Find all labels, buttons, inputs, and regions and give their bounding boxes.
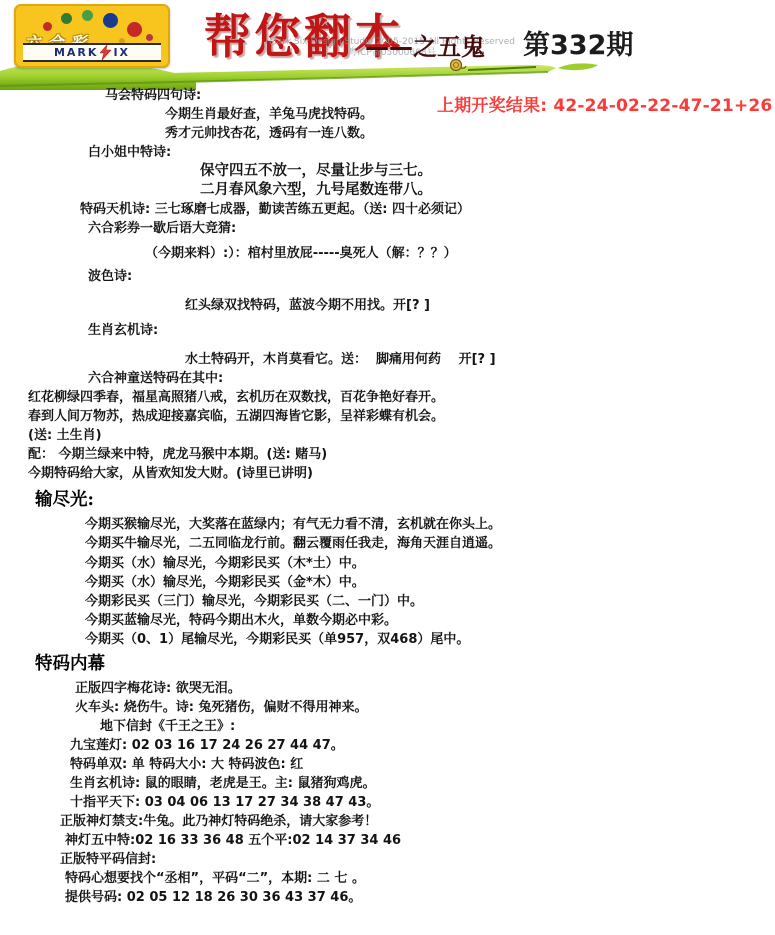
text-line: 火车头: 烧伤牛。诗: 兔死猪伤，偏财不得用神来。 (75, 698, 775, 717)
lottery-tip-sheet: 六合彩 MARK IX 帮您翻本 Mark Six Design Studio … (0, 0, 775, 935)
text-line: 神灯五中特:02 16 33 36 48 五个平:02 14 37 34 46 (65, 831, 775, 850)
text-line: 今期买（水）输尽光，今期彩民买（金*木）中。 (85, 573, 775, 592)
text-line: 正版四字梅花诗: 欲哭无泪。 (75, 679, 775, 698)
header: 六合彩 MARK IX 帮您翻本 Mark Six Design Studio … (0, 0, 775, 88)
logo-marksix-band: MARK IX (23, 43, 161, 62)
issue-number: 第332期 (523, 23, 633, 62)
text-line: 提供号码: 02 05 12 18 26 30 36 43 37 46。 (65, 888, 775, 907)
text-line: 正版神灯禁支:牛兔。此乃神灯特码绝杀，请大家参考！ (60, 812, 775, 831)
text-line: 水土特码开，木肖莫看它。送： 脚痛用何药 开[? ] (185, 350, 775, 369)
text-line: （今期来料）:）：棺村里放屁-----臭死人（解：？？） (145, 244, 775, 263)
text-line: 特码天机诗: 三七琢磨七成器，勤读苦练五更起。（送: 四十必须记） (80, 200, 775, 219)
text-line: 生肖玄机诗: 鼠的眼睛，老虎是王。主: 鼠猪狗鸡虎。 (70, 774, 775, 793)
text-line: 六合彩券一歇后语大竞猜: (88, 219, 775, 238)
text-line: 今期彩民买（三门）输尽光，今期彩民买（二、一门）中。 (85, 592, 775, 611)
logo-ball-dot (103, 13, 118, 28)
text-line: 红花柳绿四季春，福星高照猪八戒，玄机历在双数找，百花争艳好春开。 (28, 388, 775, 407)
text-line: 特码心想要找个“丞相”，平码“二”，本期: 二 七 。 (65, 869, 775, 888)
text-line: 二月春风象六型，九号尾数连带八。 (200, 181, 775, 200)
text-line: 波色诗: (88, 267, 775, 286)
text-line: 马会特码四句诗: (105, 86, 775, 105)
lightning-bolt-icon (100, 45, 111, 60)
logo-mark-text: MARK (54, 46, 98, 59)
text-line: 今期买（0、1）尾输尽光，今期彩民买（单957，双468）尾中。 (85, 630, 775, 649)
text-line: 地下信封《千王之王》: (100, 717, 775, 736)
tip-sheet-content: 马会特码四句诗:今期生肖最好查，羊兔马虎找特码。秀才元帅找杏花，透码有一连八数。… (0, 86, 775, 907)
text-line: 生肖玄机诗: (88, 321, 775, 340)
text-line: 今期买蓝输尽光，特码今期出木火，单数今期必中彩。 (85, 611, 775, 630)
logo-ball-dot (61, 13, 72, 24)
logo-ball-dot (146, 34, 153, 41)
text-line: 春到人间万物苏，热成迎接嘉宾临，五湖四海皆它影，呈祥彩蝶有机会。 (28, 407, 775, 426)
text-line: 今期生肖最好查，羊兔马虎找特码。 (165, 105, 775, 124)
text-line: 今期买牛输尽光，二五同临龙行前。翻云覆雨任我走，海角天涯自逍遥。 (85, 534, 775, 553)
text-line: 九宝莲灯: 02 03 16 17 24 26 27 44 47。 (70, 736, 775, 755)
text-line: 十指平天下: 03 04 06 13 17 27 34 38 47 43。 (70, 793, 775, 812)
text-line: 保守四五不放一，尽量让步与三七。 (200, 162, 775, 181)
page-subtitle: ——之五鬼 (365, 27, 485, 62)
text-line: 配： 今期兰绿来中特，虎龙马猴中本期。(送: 赌马) (28, 445, 775, 464)
logo-ball-dot (127, 22, 142, 37)
marksix-logo: 六合彩 MARK IX (14, 4, 170, 68)
logo-ball-dot (82, 10, 93, 21)
text-line: 白小姐中特诗: (88, 143, 775, 162)
text-line: 正版特平码信封: (60, 850, 775, 869)
section-heading: 输尽光: (35, 487, 775, 513)
text-line: 今期买猴输尽光，大奖落在蓝绿内；有气无力看不清，玄机就在你头上。 (85, 515, 775, 534)
text-line: 红头绿双找特码，蓝波今期不用找。开[? ] (185, 296, 775, 315)
logo-ix-text: IX (113, 46, 130, 59)
text-line: (送: 土生肖) (28, 426, 775, 445)
text-line: 秀才元帅找杏花，透码有一连八数。 (165, 124, 775, 143)
text-line: 今期特码给大家，从皆欢知发大财。(诗里已讲明) (28, 464, 775, 483)
section-heading: 特码内幕 (35, 651, 775, 677)
text-line: 六合神童送特码在其中: (88, 369, 775, 388)
text-line: 特码单双: 单 特码大小: 大 特码波色: 红 (70, 755, 775, 774)
text-line: 今期买（水）输尽光，今期彩民买（木*土）中。 (85, 554, 775, 573)
